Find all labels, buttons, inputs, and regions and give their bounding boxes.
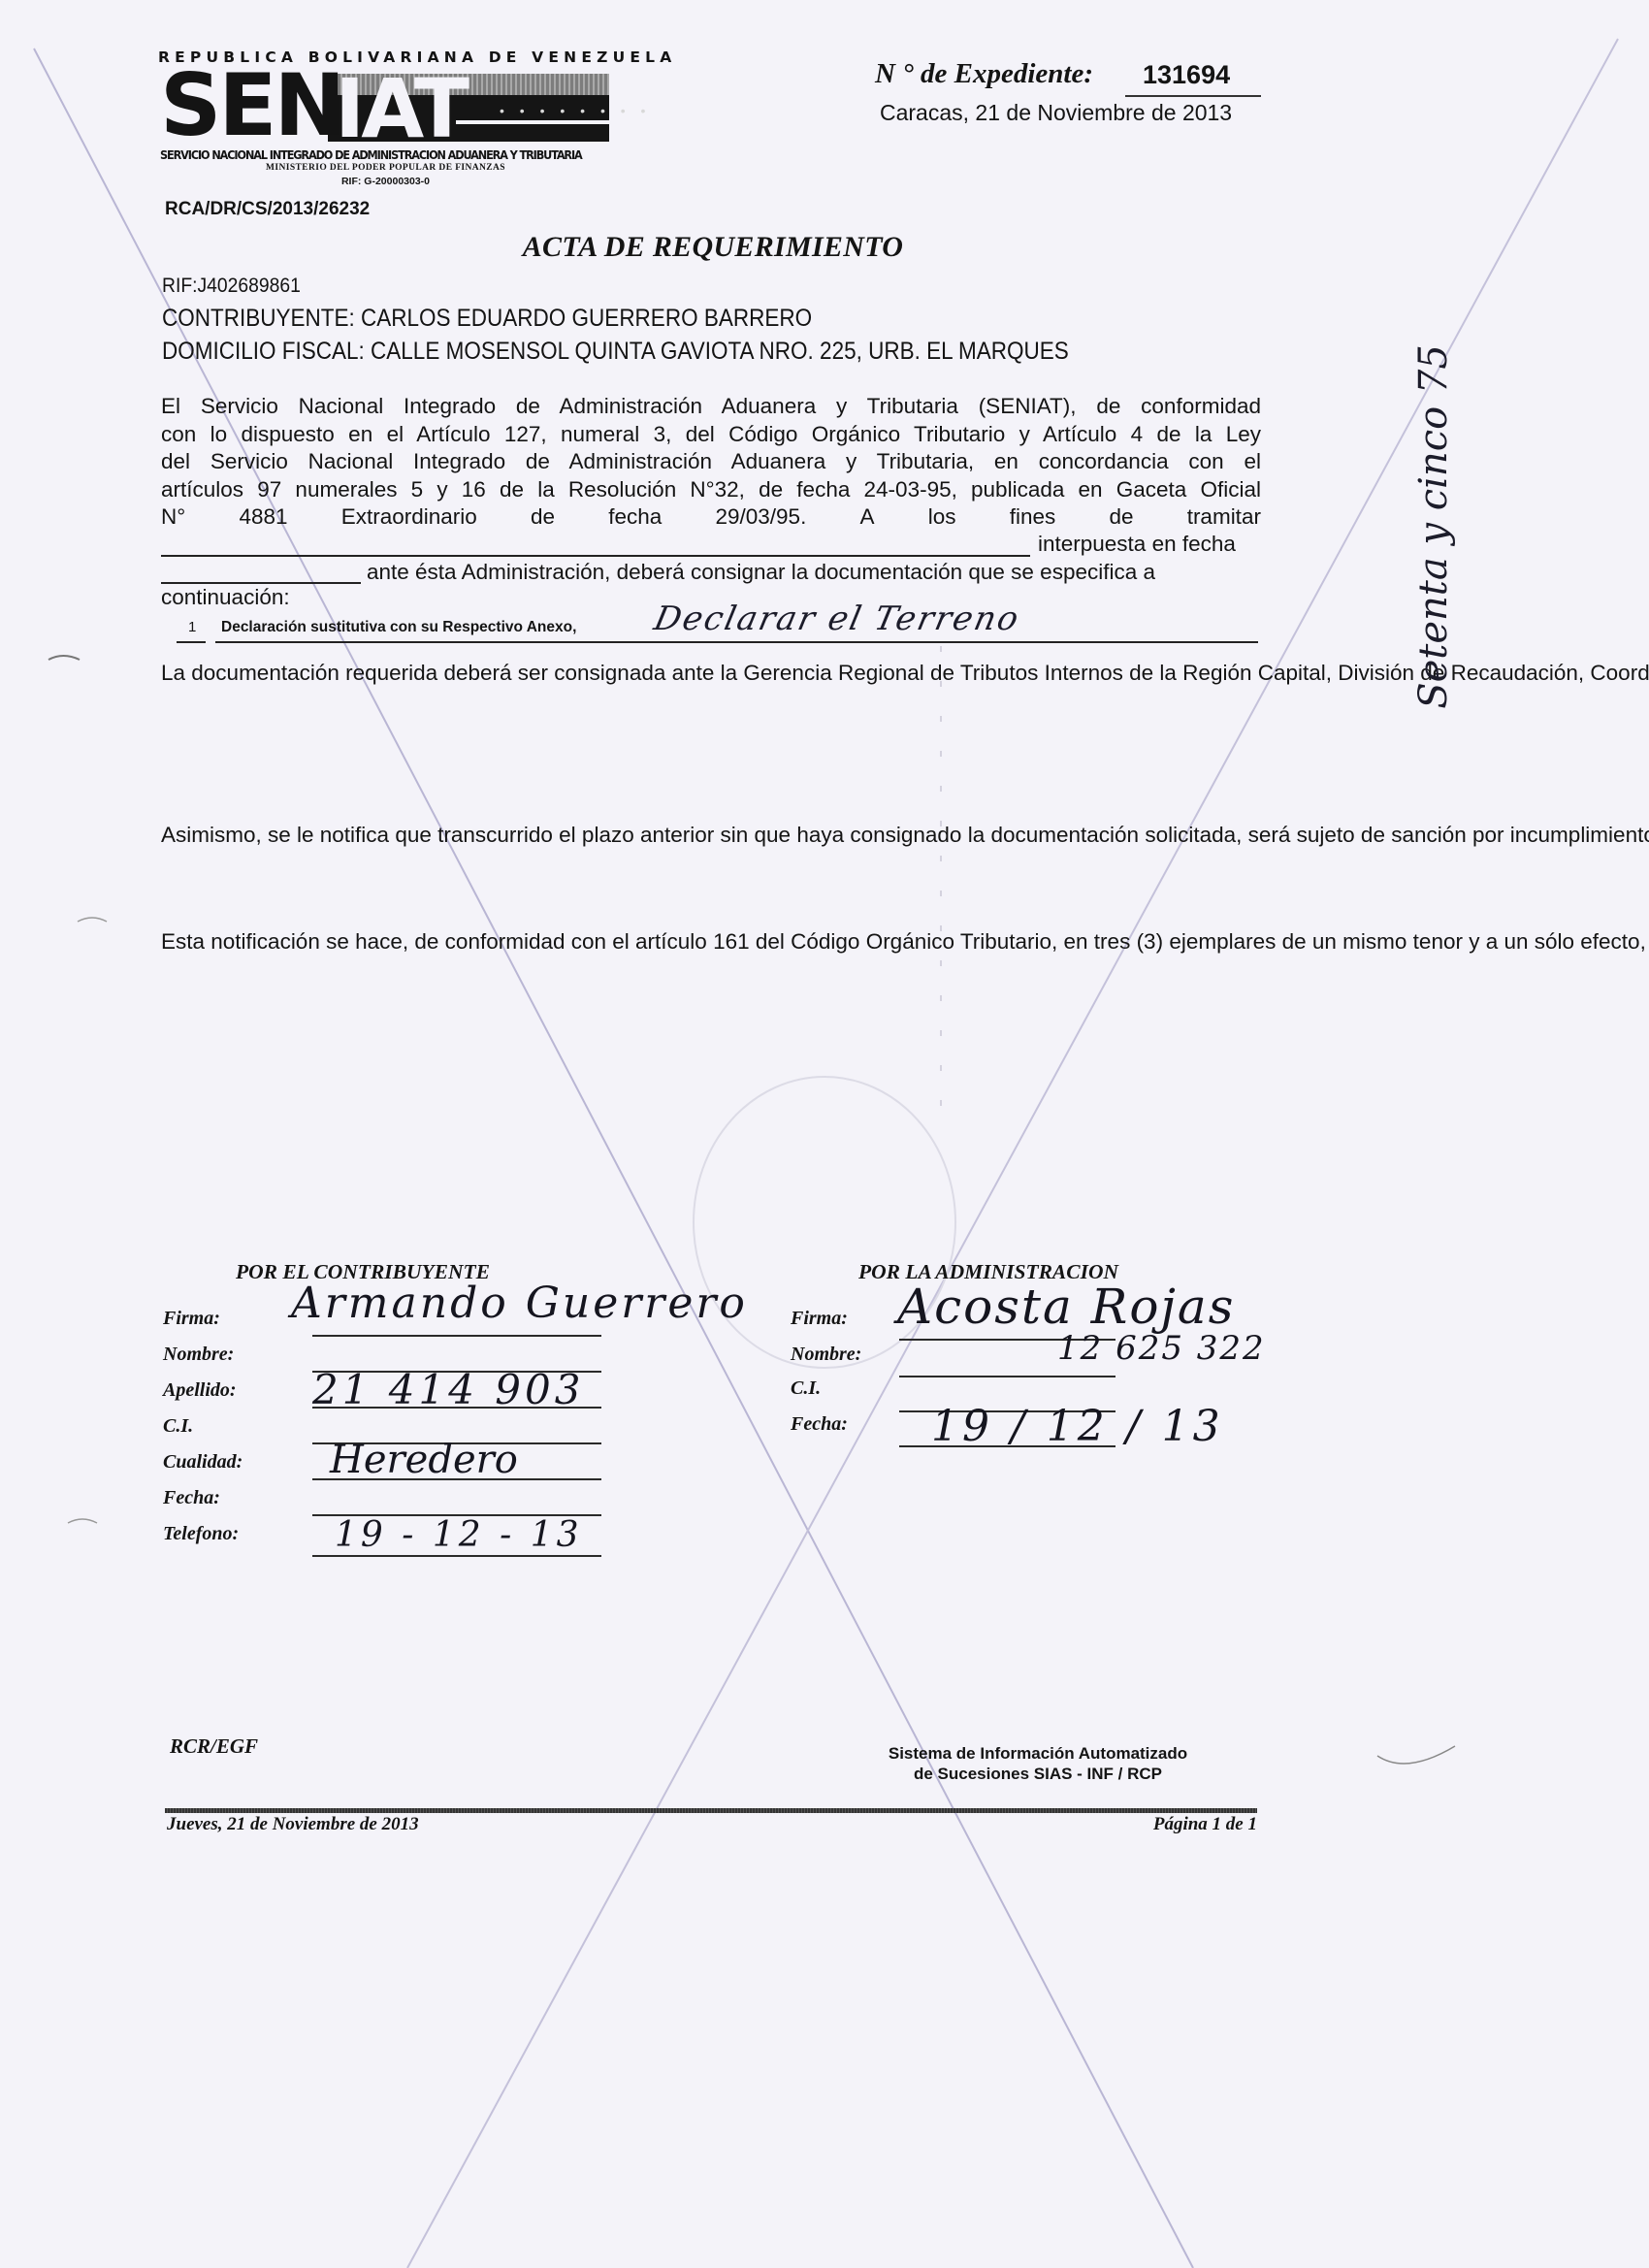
blank-field-fecha: [161, 582, 361, 584]
administracion-ci-handwritten: 12 625 322: [1057, 1329, 1266, 1368]
paragraph-notification: Esta notificación se hace, de conformida…: [161, 928, 1261, 956]
label-nombre: Nombre:: [791, 1344, 861, 1366]
margin-note-text: Setenta y cinco 75: [1411, 344, 1456, 709]
contribuyente-signature: Armando Guerrero: [291, 1279, 748, 1328]
paragraph-legal-basis: El Servicio Nacional Integrado de Admini…: [161, 393, 1261, 532]
paragraph-word: N°: [161, 503, 185, 532]
logo-seniat-text: SEN: [160, 62, 342, 149]
logo-flag-stripe: [456, 120, 609, 124]
label-telefono: Telefono:: [163, 1523, 239, 1545]
signature-line: [312, 1555, 601, 1557]
required-item-text: Declaración sustitutiva con su Respectiv…: [221, 619, 576, 636]
label-firma: Firma:: [791, 1308, 848, 1330]
taxpayer-rif: RIF:J402689861: [162, 275, 301, 298]
paragraph-word: de: [531, 503, 555, 532]
expediente-label: N ° de Expediente:: [875, 58, 1093, 90]
agency-full-name: SERVICIO NACIONAL INTEGRADO DE ADMINISTR…: [160, 147, 611, 162]
agency-rif: RIF: G-20000303-0: [160, 176, 611, 187]
logo-stars-icon: • • • • • • • •: [500, 103, 651, 118]
required-item-number: 1: [188, 619, 196, 635]
paragraph-word: 4881: [239, 503, 287, 532]
required-item-handwritten-note: Declarar el Terreno: [651, 599, 1024, 638]
label-ci: C.I.: [163, 1415, 193, 1438]
signature-line: [312, 1335, 601, 1337]
label-apellido: Apellido:: [163, 1379, 237, 1402]
footer-system-line2: de Sucesiones SIAS - INF / RCP: [844, 1764, 1232, 1784]
paragraph-word: A: [860, 503, 875, 532]
paragraph-word: fines: [1010, 503, 1056, 532]
label-fecha: Fecha:: [163, 1487, 220, 1509]
contribuyente-fecha-handwritten: 19 - 12 - 13: [335, 1515, 583, 1555]
label-nombre: Nombre:: [163, 1344, 234, 1366]
item-number-line: [177, 641, 206, 643]
paragraph-word: Extraordinario: [341, 503, 477, 532]
signature-line: [899, 1376, 1115, 1377]
footer-initials: RCR/EGF: [170, 1734, 258, 1759]
footer-date: Jueves, 21 de Noviembre de 2013: [167, 1814, 419, 1835]
ministry-name: MINISTERIO DEL PODER POPULAR DE FINANZAS: [160, 163, 611, 173]
expediente-underline: [1125, 95, 1261, 97]
footer-page-number: Página 1 de 1: [1125, 1814, 1257, 1835]
footer-system-name: Sistema de Información Automatizado de S…: [844, 1743, 1232, 1784]
expediente-number: 131694: [1143, 60, 1230, 90]
paragraph-line-spaced: N°4881Extraordinariodefecha29/03/95.Alos…: [161, 503, 1261, 532]
interpuesta-text: interpuesta en fecha: [1038, 532, 1236, 557]
logo-iat-text: IAT: [335, 68, 466, 149]
place-date: Caracas, 21 de Noviembre de 2013: [880, 100, 1232, 126]
administracion-fecha-handwritten: 19 / 12 / 13: [931, 1402, 1224, 1451]
label-ci: C.I.: [791, 1377, 821, 1400]
label-cualidad: Cualidad:: [163, 1451, 242, 1474]
paragraph-word: los: [928, 503, 956, 532]
taxpayer-name: CONTRIBUYENTE: CARLOS EDUARDO GUERRERO B…: [162, 305, 812, 333]
paragraph-line: artículos 97 numerales 5 y 16 de la Reso…: [161, 476, 1261, 504]
footer-divider: [165, 1808, 1257, 1813]
paragraph-line: del Servicio Nacional Integrado de Admin…: [161, 448, 1261, 476]
reference-code: RCA/DR/CS/2013/26232: [165, 199, 370, 220]
label-fecha: Fecha:: [791, 1413, 848, 1436]
administracion-signature: Acosta Rojas: [897, 1279, 1235, 1335]
continuacion-text: continuación:: [161, 585, 290, 610]
paragraph-word: fecha: [608, 503, 662, 532]
blank-field-tramite: [161, 555, 1030, 557]
paragraph-line: El Servicio Nacional Integrado de Admini…: [161, 393, 1261, 421]
paragraph-word: tramitar: [1187, 503, 1261, 532]
contribuyente-cualidad-handwritten: Heredero: [330, 1438, 518, 1482]
paragraph-submission-place: La documentación requerida deberá ser co…: [161, 660, 1261, 688]
item-text-line: [215, 641, 1258, 643]
paragraph-sanction-notice: Asimismo, se le notifica que transcurrid…: [161, 822, 1261, 850]
paragraph-word: de: [1109, 503, 1133, 532]
footer-system-line1: Sistema de Información Automatizado: [844, 1743, 1232, 1764]
label-firma: Firma:: [163, 1308, 220, 1330]
document-title: ACTA DE REQUERIMIENTO: [0, 231, 1426, 264]
taxpayer-address: DOMICILIO FISCAL: CALLE MOSENSOL QUINTA …: [162, 338, 1069, 366]
ante-text: ante ésta Administración, deberá consign…: [367, 560, 1155, 585]
contribuyente-ci-handwritten: 21 414 903: [312, 1366, 584, 1413]
paragraph-word: 29/03/95.: [715, 503, 806, 532]
paragraph-line: con lo dispuesto en el Artículo 127, num…: [161, 421, 1261, 449]
